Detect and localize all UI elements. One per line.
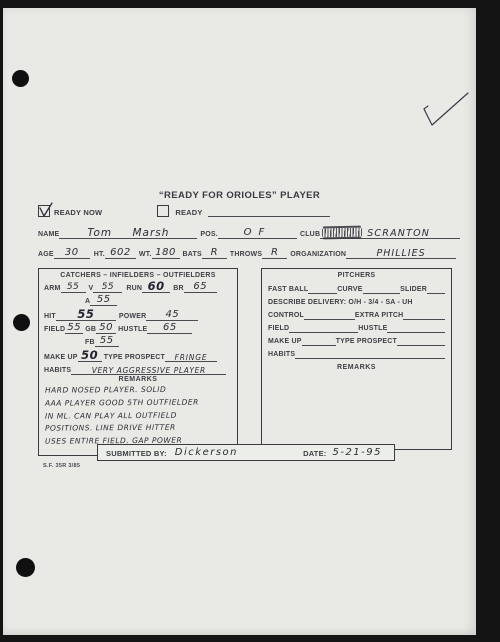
ready-checkbox bbox=[157, 205, 169, 217]
gb-field: 50 bbox=[96, 321, 116, 334]
v-value: 55 bbox=[102, 283, 114, 292]
hustle-label: HUSTLE bbox=[118, 326, 147, 333]
power-value: 45 bbox=[165, 310, 179, 320]
pitcher-field-row: FIELD HUSTLE bbox=[268, 321, 445, 333]
pitcher-habits-blank bbox=[295, 348, 445, 359]
slider-blank bbox=[427, 283, 445, 294]
habits-label: HABITS bbox=[44, 367, 71, 374]
ready-blank-line bbox=[208, 206, 330, 217]
ready-now-check-icon bbox=[37, 199, 57, 219]
curve-blank bbox=[363, 283, 401, 294]
field-value: 55 bbox=[67, 323, 81, 333]
age-label: AGE bbox=[38, 251, 54, 258]
makeup-prospect-row: MAKE UP 50 TYPE PROSPECT FRINGE bbox=[44, 348, 217, 362]
pen-checkmark-annotation bbox=[414, 85, 476, 133]
name-row: NAME Tom Marsh POS. OF CLUB SCRANTON bbox=[38, 223, 460, 239]
age-field: 30 bbox=[54, 243, 90, 259]
club-label: CLUB bbox=[300, 231, 320, 238]
power-label: POWER bbox=[119, 313, 146, 320]
bio-row: AGE 30 HT. 602 WT. 180 BATS R THROWS R O… bbox=[38, 243, 456, 259]
pos-value: OF bbox=[244, 228, 272, 238]
fb-value: 55 bbox=[100, 336, 114, 346]
name-field: Tom Marsh bbox=[59, 223, 197, 239]
pitcher-makeup-row: MAKE UP TYPE PROSPECT bbox=[268, 334, 445, 346]
extra-pitch-blank bbox=[403, 309, 445, 320]
describe-delivery-label: DESCRIBE DELIVERY: O/H - 3/4 - SA - UH bbox=[268, 299, 413, 306]
pitcher-habits-row: HABITS bbox=[268, 347, 445, 359]
pitchers-ratings-box: PITCHERS FAST BALL CURVE SLIDER DESCRIBE… bbox=[261, 268, 452, 450]
br-field: 65 bbox=[184, 280, 217, 293]
date-label: DATE: bbox=[303, 450, 326, 458]
bats-value: R bbox=[211, 248, 218, 258]
wt-label: WT. bbox=[139, 251, 152, 258]
pitcher-habits-label: HABITS bbox=[268, 351, 295, 358]
pitcher-field-label: FIELD bbox=[268, 325, 289, 332]
submitted-strip: SUBMITTED BY: Dickerson DATE: 5-21-95 bbox=[97, 444, 395, 461]
pitcher-type-prospect-label: TYPE PROSPECT bbox=[336, 338, 397, 345]
pitcher-hustle-label: HUSTLE bbox=[358, 325, 387, 332]
arm-label: ARM bbox=[44, 285, 61, 292]
club-field: SCRANTON bbox=[320, 223, 460, 239]
habits-field: VERY AGGRESSIVE PLAYER bbox=[71, 362, 226, 375]
form-title: “READY FOR ORIOLES” PLAYER bbox=[3, 190, 476, 201]
control-blank bbox=[304, 309, 355, 320]
ht-label: HT. bbox=[94, 251, 105, 258]
pitchers-remarks-label: REMARKS bbox=[262, 364, 451, 371]
ready-now-checkbox bbox=[38, 205, 50, 217]
submitted-by-value: Dickerson bbox=[175, 448, 238, 458]
type-prospect-value: FRINGE bbox=[175, 354, 208, 362]
wt-value: 180 bbox=[155, 248, 176, 258]
date-value: 5-21-95 bbox=[332, 448, 382, 458]
br-label: BR bbox=[173, 285, 184, 292]
form-number: S.F. 35R 3/85 bbox=[43, 463, 80, 469]
field-label: FIELD bbox=[44, 326, 65, 333]
pitchers-heading: PITCHERS bbox=[262, 272, 451, 279]
name-value: Tom Marsh bbox=[87, 228, 169, 239]
type-prospect-label: TYPE PROSPECT bbox=[104, 354, 165, 361]
pos-label: POS. bbox=[200, 231, 218, 238]
type-prospect-field: FRINGE bbox=[165, 348, 217, 362]
name-label: NAME bbox=[38, 231, 59, 238]
pitcher-hustle-blank bbox=[387, 322, 445, 333]
bats-field: R bbox=[202, 243, 227, 259]
ready-label: READY bbox=[175, 209, 202, 217]
position-remarks-text: HARD NOSED PLAYER. SOLID AAA PLAYER GOOD… bbox=[45, 386, 235, 450]
br-value: 65 bbox=[193, 282, 207, 292]
position-player-ratings-box: CATCHERS – INFIELDERS – OUTFIELDERS ARM … bbox=[38, 268, 238, 456]
makeup-value: 50 bbox=[81, 350, 98, 362]
control-label: CONTROL bbox=[268, 312, 304, 319]
curve-label: CURVE bbox=[337, 286, 362, 293]
pitcher-type-prospect-blank bbox=[397, 335, 445, 346]
field-field: 55 bbox=[65, 321, 83, 334]
throws-field: R bbox=[262, 243, 287, 259]
hit-power-row: HIT 55 POWER 45 bbox=[44, 307, 198, 321]
extra-pitch-label: EXTRA PITCH bbox=[355, 312, 404, 319]
field-fb-row: FB 55 bbox=[85, 334, 119, 347]
ht-field: 602 bbox=[105, 243, 136, 259]
ht-value: 602 bbox=[110, 248, 131, 258]
bats-label: BATS bbox=[183, 251, 202, 258]
club-value: SCRANTON bbox=[367, 229, 430, 239]
fast-ball-label: FAST BALL bbox=[268, 286, 308, 293]
fb-label: FB bbox=[85, 339, 95, 346]
habits-row: HABITS VERY AGGRESSIVE PLAYER bbox=[44, 362, 226, 375]
wt-field: 180 bbox=[152, 243, 180, 259]
fb-field: 55 bbox=[95, 334, 119, 347]
gb-label: GB bbox=[85, 326, 96, 333]
arm-value: 55 bbox=[67, 283, 79, 292]
pos-field: OF bbox=[218, 223, 297, 239]
scouting-form-paper: “READY FOR ORIOLES” PLAYER READY NOW REA… bbox=[3, 8, 476, 635]
control-row: CONTROL EXTRA PITCH bbox=[268, 308, 445, 320]
power-field: 45 bbox=[146, 307, 198, 321]
slider-label: SLIDER bbox=[400, 286, 427, 293]
pitcher-makeup-label: MAKE UP bbox=[268, 338, 302, 345]
arm-accuracy-row: A 55 bbox=[85, 293, 117, 306]
run-field: 60 bbox=[142, 280, 170, 293]
hit-value: 55 bbox=[77, 309, 94, 321]
arm-field: 55 bbox=[61, 280, 86, 293]
v-field: 55 bbox=[93, 280, 122, 293]
hole-punch-bottom bbox=[16, 558, 35, 577]
position-remarks-label: REMARKS bbox=[39, 376, 237, 383]
field-hustle-row: FIELD 55 GB 50 HUSTLE 65 bbox=[44, 321, 192, 334]
run-label: RUN bbox=[126, 285, 142, 292]
pitcher-makeup-blank bbox=[302, 335, 336, 346]
habits-value: VERY AGGRESSIVE PLAYER bbox=[92, 367, 206, 375]
fast-ball-blank bbox=[308, 283, 337, 294]
organization-label: ORGANIZATION bbox=[290, 251, 346, 258]
readiness-row: READY NOW READY bbox=[38, 204, 330, 217]
club-name-scribbled-out bbox=[322, 228, 362, 238]
gb-value: 50 bbox=[99, 323, 113, 333]
hit-field: 55 bbox=[56, 307, 116, 321]
delivery-row: DESCRIBE DELIVERY: O/H - 3/4 - SA - UH bbox=[268, 296, 413, 307]
throws-label: THROWS bbox=[230, 251, 262, 258]
position-player-heading: CATCHERS – INFIELDERS – OUTFIELDERS bbox=[39, 272, 237, 279]
pitcher-field-blank bbox=[289, 322, 358, 333]
fastball-row: FAST BALL CURVE SLIDER bbox=[268, 282, 445, 294]
hole-punch-top bbox=[12, 70, 29, 87]
submitted-by-label: SUBMITTED BY: bbox=[106, 450, 167, 458]
hole-punch-middle bbox=[13, 314, 30, 331]
makeup-field: 50 bbox=[78, 348, 102, 362]
a-field: 55 bbox=[90, 293, 117, 306]
makeup-label: MAKE UP bbox=[44, 354, 78, 361]
arm-run-row: ARM 55 V 55 RUN 60 BR 65 bbox=[44, 280, 217, 293]
hit-label: HIT bbox=[44, 313, 56, 320]
run-value: 60 bbox=[148, 281, 165, 293]
organization-field: PHILLIES bbox=[346, 243, 456, 259]
ready-now-label: READY NOW bbox=[54, 209, 102, 217]
hustle-field: 65 bbox=[147, 321, 192, 334]
hustle-value: 65 bbox=[163, 323, 177, 333]
throws-value: R bbox=[271, 248, 278, 258]
organization-value: PHILLIES bbox=[377, 249, 426, 259]
a-value: 55 bbox=[97, 295, 111, 305]
age-value: 30 bbox=[65, 248, 79, 258]
